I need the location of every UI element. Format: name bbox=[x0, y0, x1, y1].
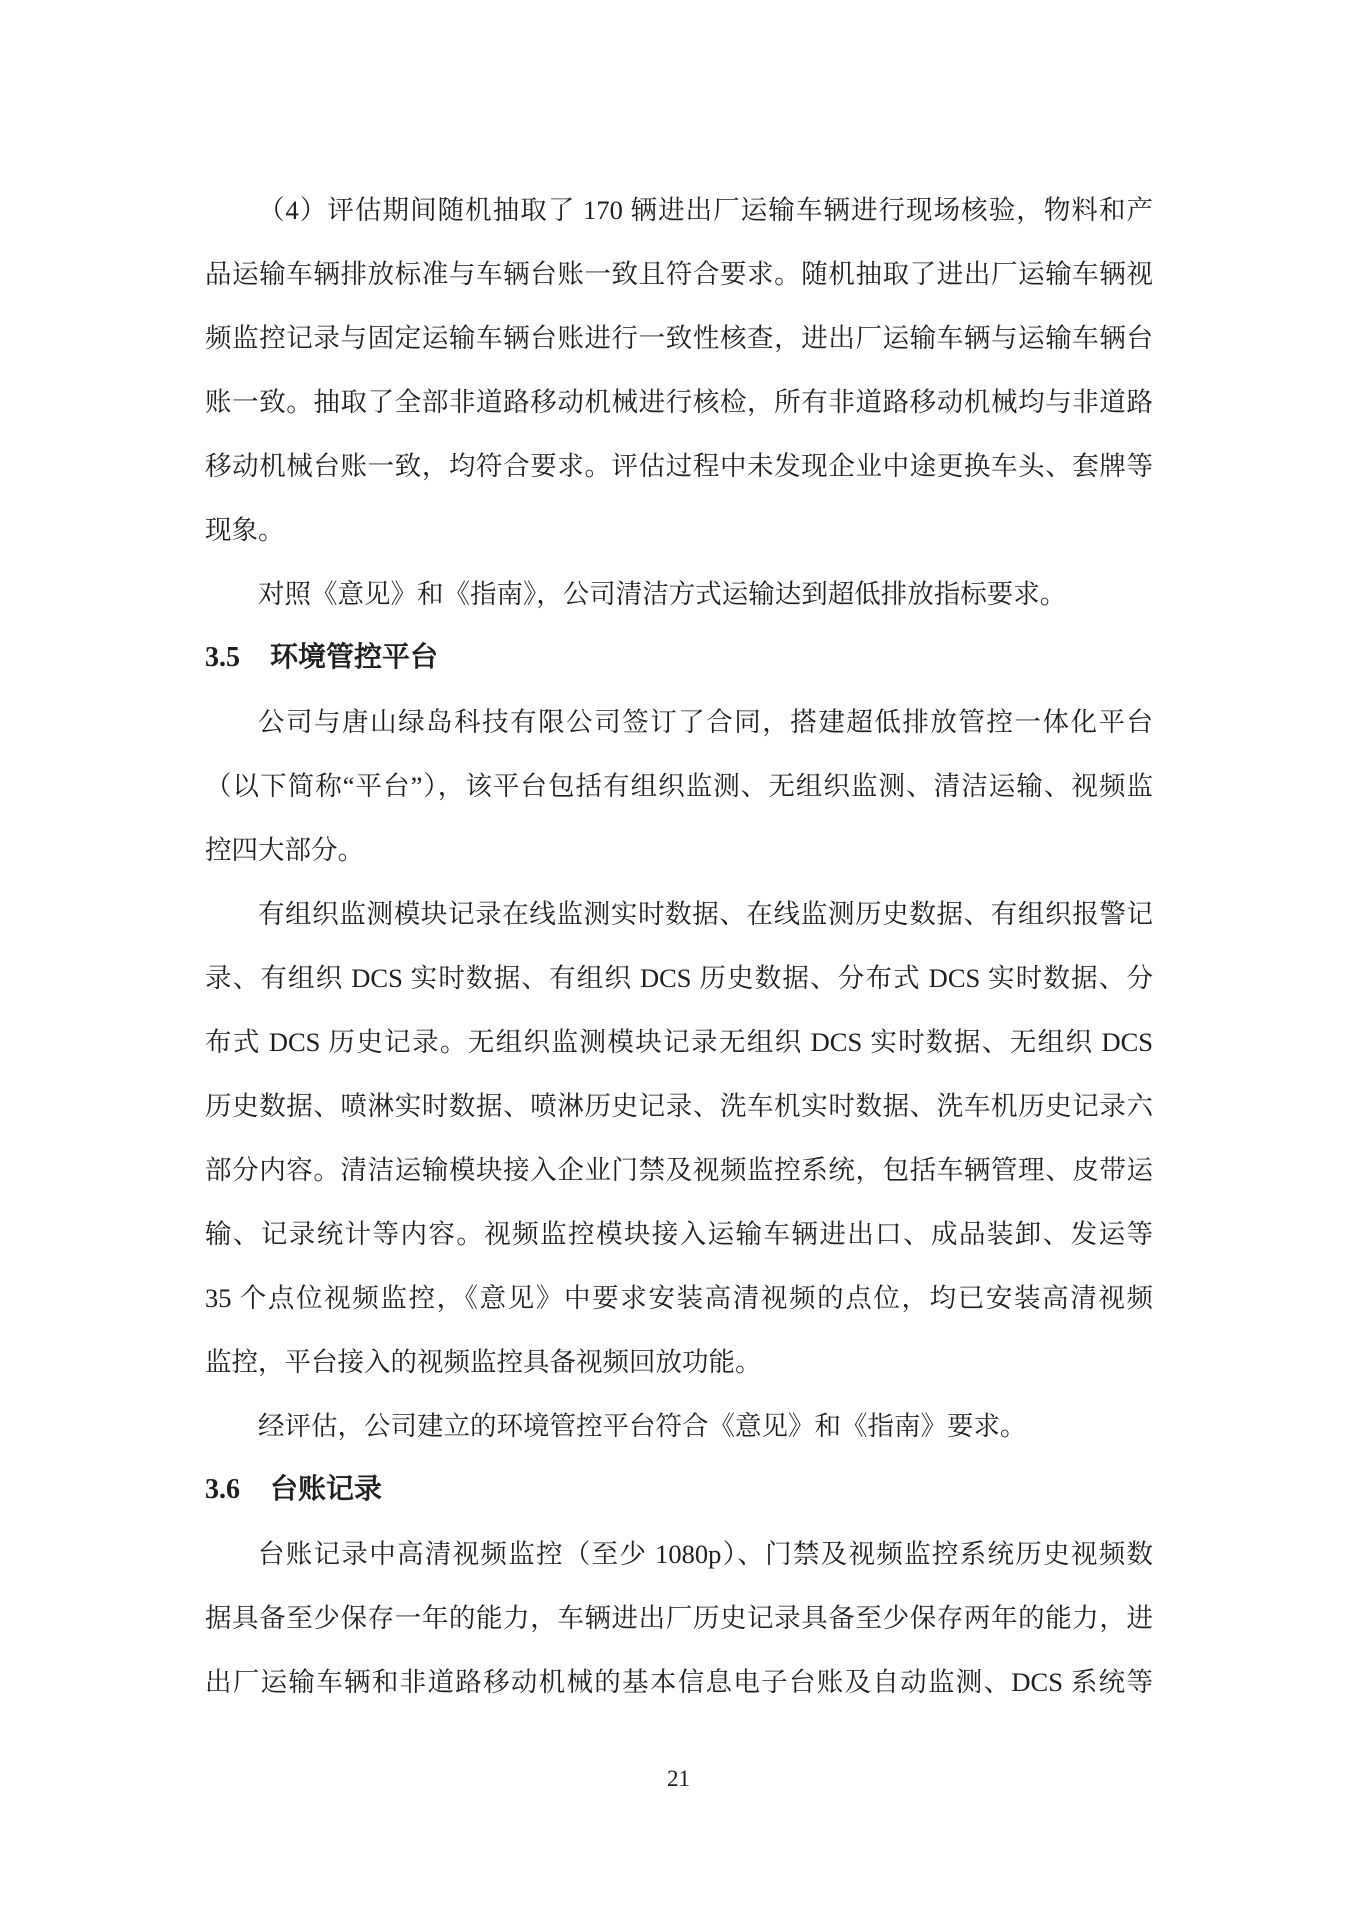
heading-title: 环境管控平台 bbox=[270, 642, 438, 673]
text-line: 输、记录统计等内容。视频监控模块接入运输车辆进出口、成品装卸、发运等 bbox=[205, 1202, 1153, 1266]
para-vehicle-spot-check: （4）评估期间随机抽取了 170 辆进出厂运输车辆进行现场核验，物料和产品运输车… bbox=[205, 178, 1153, 562]
text-line: 账一致。抽取了全部非道路移动机械进行核检，所有非道路移动机械均与非道路 bbox=[205, 370, 1153, 434]
text-line: 据具备至少保存一年的能力，车辆进出厂历史记录具备至少保存两年的能力，进 bbox=[205, 1586, 1153, 1650]
text-line: 移动机械台账一致，均符合要求。评估过程中未发现企业中途更换车头、套牌等 bbox=[205, 434, 1153, 498]
text-line: 历史数据、喷淋实时数据、喷淋历史记录、洗车机实时数据、洗车机历史记录六 bbox=[205, 1074, 1153, 1138]
para-clean-transport-conclusion: 对照《意见》和《指南》，公司清洁方式运输达到超低排放指标要求。 bbox=[205, 562, 1153, 626]
text-line: 品运输车辆排放标准与车辆台账一致且符合要求。随机抽取了进出厂运输车辆视 bbox=[205, 242, 1153, 306]
text-line: 部分内容。清洁运输模块接入企业门禁及视频监控系统，包括车辆管理、皮带运 bbox=[205, 1138, 1153, 1202]
text-line: 经评估，公司建立的环境管控平台符合《意见》和《指南》要求。 bbox=[205, 1394, 1153, 1458]
heading-line: 3.5环境管控平台 bbox=[205, 626, 1153, 690]
text-line: 台账记录中高清视频监控（至少 1080p）、门禁及视频监控系统历史视频数 bbox=[205, 1522, 1153, 1586]
text-line: 35 个点位视频监控，《意见》中要求安装高清视频的点位，均已安装高清视频 bbox=[205, 1266, 1153, 1330]
text-line: 对照《意见》和《指南》，公司清洁方式运输达到超低排放指标要求。 bbox=[205, 562, 1153, 626]
text-line: 公司与唐山绿岛科技有限公司签订了合同，搭建超低排放管控一体化平台 bbox=[205, 690, 1153, 754]
text-line: （以下简称“平台”），该平台包括有组织监测、无组织监测、清洁运输、视频监 bbox=[205, 754, 1153, 818]
text-line: （4）评估期间随机抽取了 170 辆进出厂运输车辆进行现场核验，物料和产 bbox=[205, 178, 1153, 242]
heading-3-5-environment-platform: 3.5环境管控平台 bbox=[205, 626, 1153, 690]
document-body: （4）评估期间随机抽取了 170 辆进出厂运输车辆进行现场核验，物料和产品运输车… bbox=[205, 178, 1153, 1714]
document-page: （4）评估期间随机抽取了 170 辆进出厂运输车辆进行现场核验，物料和产品运输车… bbox=[0, 0, 1357, 1920]
para-ledger-records: 台账记录中高清视频监控（至少 1080p）、门禁及视频监控系统历史视频数据具备至… bbox=[205, 1522, 1153, 1714]
text-line: 现象。 bbox=[205, 498, 1153, 562]
page-number: 21 bbox=[0, 1757, 1357, 1801]
text-line: 频监控记录与固定运输车辆台账进行一致性核查，进出厂运输车辆与运输车辆台 bbox=[205, 306, 1153, 370]
heading-line: 3.6台账记录 bbox=[205, 1458, 1153, 1522]
heading-number: 3.6 bbox=[205, 1474, 240, 1505]
para-platform-conclusion: 经评估，公司建立的环境管控平台符合《意见》和《指南》要求。 bbox=[205, 1394, 1153, 1458]
heading-number: 3.5 bbox=[205, 642, 240, 673]
para-platform-intro: 公司与唐山绿岛科技有限公司签订了合同，搭建超低排放管控一体化平台（以下简称“平台… bbox=[205, 690, 1153, 882]
text-line: 有组织监测模块记录在线监测实时数据、在线监测历史数据、有组织报警记 bbox=[205, 882, 1153, 946]
text-line: 录、有组织 DCS 实时数据、有组织 DCS 历史数据、分布式 DCS 实时数据… bbox=[205, 946, 1153, 1010]
heading-title: 台账记录 bbox=[270, 1474, 382, 1505]
text-line: 布式 DCS 历史记录。无组织监测模块记录无组织 DCS 实时数据、无组织 DC… bbox=[205, 1010, 1153, 1074]
text-line: 出厂运输车辆和非道路移动机械的基本信息电子台账及自动监测、DCS 系统等 bbox=[205, 1650, 1153, 1714]
para-platform-modules: 有组织监测模块记录在线监测实时数据、在线监测历史数据、有组织报警记录、有组织 D… bbox=[205, 882, 1153, 1394]
heading-3-6-ledger-records: 3.6台账记录 bbox=[205, 1458, 1153, 1522]
text-line: 监控，平台接入的视频监控具备视频回放功能。 bbox=[205, 1330, 1153, 1394]
text-line: 控四大部分。 bbox=[205, 818, 1153, 882]
